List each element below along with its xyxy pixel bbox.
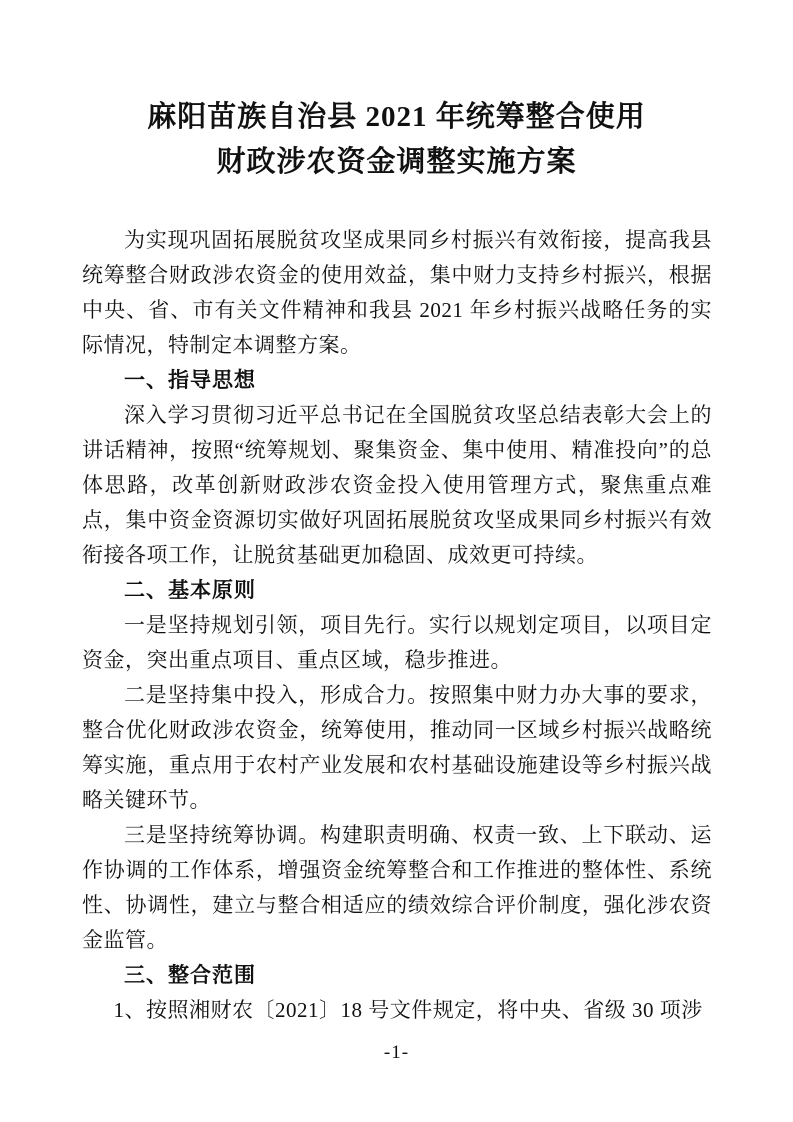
document-page: 麻阳苗族自治县 2021 年统筹整合使用 财政涉农资金调整实施方案 为实现巩固拓… [0,0,793,1122]
heading-section-1-guiding-ideology: 一、指导思想 [82,363,712,398]
heading-section-3-integration-scope: 三、整合范围 [82,958,712,993]
paragraph-guiding-ideology: 深入学习贯彻习近平总书记在全国脱贫攻坚总结表彰大会上的讲话精神，按照“统筹规划、… [82,398,712,573]
paragraph-principle-1: 一是坚持规划引领，项目先行。实行以规划定项目，以项目定资金，突出重点项目、重点区… [82,608,712,678]
document-body: 为实现巩固拓展脱贫攻坚成果同乡村振兴有效衔接，提高我县统筹整合财政涉农资金的使用… [82,223,712,1028]
page-number: -1- [0,1041,793,1065]
paragraph-principle-3: 三是坚持统筹协调。构建职责明确、权责一致、上下联动、运作协调的工作体系，增强资金… [82,818,712,958]
paragraph-preamble: 为实现巩固拓展脱贫攻坚成果同乡村振兴有效衔接，提高我县统筹整合财政涉农资金的使用… [82,223,712,363]
document-title-line-2: 财政涉农资金调整实施方案 [0,140,793,185]
paragraph-scope-item-1: 1、按照湘财农〔2021〕18 号文件规定，将中央、省级 30 项涉 [82,993,712,1028]
document-title: 麻阳苗族自治县 2021 年统筹整合使用 财政涉农资金调整实施方案 [0,0,793,185]
document-title-line-1: 麻阳苗族自治县 2021 年统筹整合使用 [0,95,793,140]
paragraph-principle-2: 二是坚持集中投入，形成合力。按照集中财力办大事的要求，整合优化财政涉农资金，统筹… [82,678,712,818]
heading-section-2-basic-principles: 二、基本原则 [82,573,712,608]
